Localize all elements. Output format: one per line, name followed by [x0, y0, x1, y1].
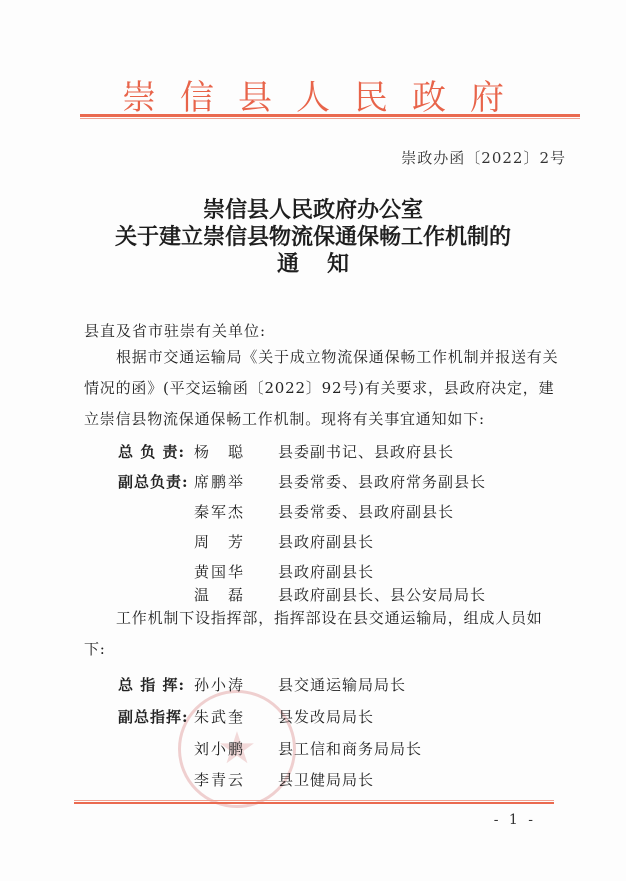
role-label: 副总指挥: — [118, 705, 194, 729]
person-name: 孙小涛 — [194, 673, 278, 697]
leadership-row: 副总负责: 席鹏举 县委常委、县政府常务副县长 — [118, 470, 486, 494]
role-label — [118, 530, 194, 554]
leadership-row: 周 芳 县政府副县长 — [118, 530, 374, 554]
paragraph-1: 根据市交通运输局《关于成立物流保通保畅工作机制并报送有关情况的函》(平交运输函〔… — [84, 342, 564, 435]
role-label — [118, 500, 194, 524]
person-title: 县委副书记、县政府县长 — [278, 440, 454, 464]
paragraph-2: 工作机制下设指挥部，指挥部设在县交通运输局，组成人员如下: — [84, 603, 564, 665]
header-red-rule — [80, 114, 580, 119]
salutation: 县直及省市驻崇有关单位: — [84, 320, 266, 341]
person-name: 黄国华 — [194, 560, 278, 584]
issuer-header: 崇信县人民政府 — [0, 78, 626, 118]
leadership-row: 黄国华 县政府副县长 — [118, 560, 374, 584]
command-row: 李青云 县卫健局局长 — [118, 768, 374, 792]
title-line-2: 关于建立崇信县物流保通保畅工作机制的 — [0, 224, 626, 251]
person-name: 秦军杰 — [194, 500, 278, 524]
footer-rule-thick — [74, 802, 554, 804]
role-label — [118, 560, 194, 584]
person-title: 县发改局局长 — [278, 705, 374, 729]
person-title: 县委常委、县政府副县长 — [278, 500, 454, 524]
page-number: - 1 - — [494, 812, 536, 828]
footer-rule-thin — [74, 800, 554, 801]
person-title: 县交通运输局局长 — [278, 673, 406, 697]
header-rule-thick — [80, 114, 580, 117]
command-row: 总 指 挥: 孙小涛 县交通运输局局长 — [118, 673, 406, 697]
footer-red-rule — [74, 800, 554, 804]
command-row: 副总指挥: 朱武奎 县发改局局长 — [118, 705, 374, 729]
person-name: 朱武奎 — [194, 705, 278, 729]
command-row: 刘小鹏 县工信和商务局局长 — [118, 737, 422, 761]
person-title: 县工信和商务局局长 — [278, 737, 422, 761]
person-name: 周 芳 — [194, 530, 278, 554]
title-line-1: 崇信县人民政府办公室 — [0, 197, 626, 224]
person-title: 县政府副县长 — [278, 530, 374, 554]
person-title: 县委常委、县政府常务副县长 — [278, 470, 486, 494]
leadership-row: 总 负 责: 杨 聪 县委副书记、县政府县长 — [118, 440, 454, 464]
header-rule-thin — [80, 118, 580, 119]
person-name: 杨 聪 — [194, 440, 278, 464]
person-name: 李青云 — [194, 768, 278, 792]
document-number: 崇政办函〔2022〕2号 — [401, 147, 566, 168]
person-title: 县卫健局局长 — [278, 768, 374, 792]
person-name: 席鹏举 — [194, 470, 278, 494]
leadership-row: 秦军杰 县委常委、县政府副县长 — [118, 500, 454, 524]
role-label: 总 负 责: — [118, 440, 194, 464]
role-label — [118, 768, 194, 792]
document-page: 崇信县人民政府 崇政办函〔2022〕2号 崇信县人民政府办公室 关于建立崇信县物… — [0, 0, 626, 881]
person-title: 县政府副县长 — [278, 560, 374, 584]
role-label — [118, 737, 194, 761]
person-name: 刘小鹏 — [194, 737, 278, 761]
document-title: 崇信县人民政府办公室 关于建立崇信县物流保通保畅工作机制的 通知 — [0, 197, 626, 278]
role-label: 副总负责: — [118, 470, 194, 494]
title-line-3: 通知 — [0, 251, 626, 278]
role-label: 总 指 挥: — [118, 673, 194, 697]
